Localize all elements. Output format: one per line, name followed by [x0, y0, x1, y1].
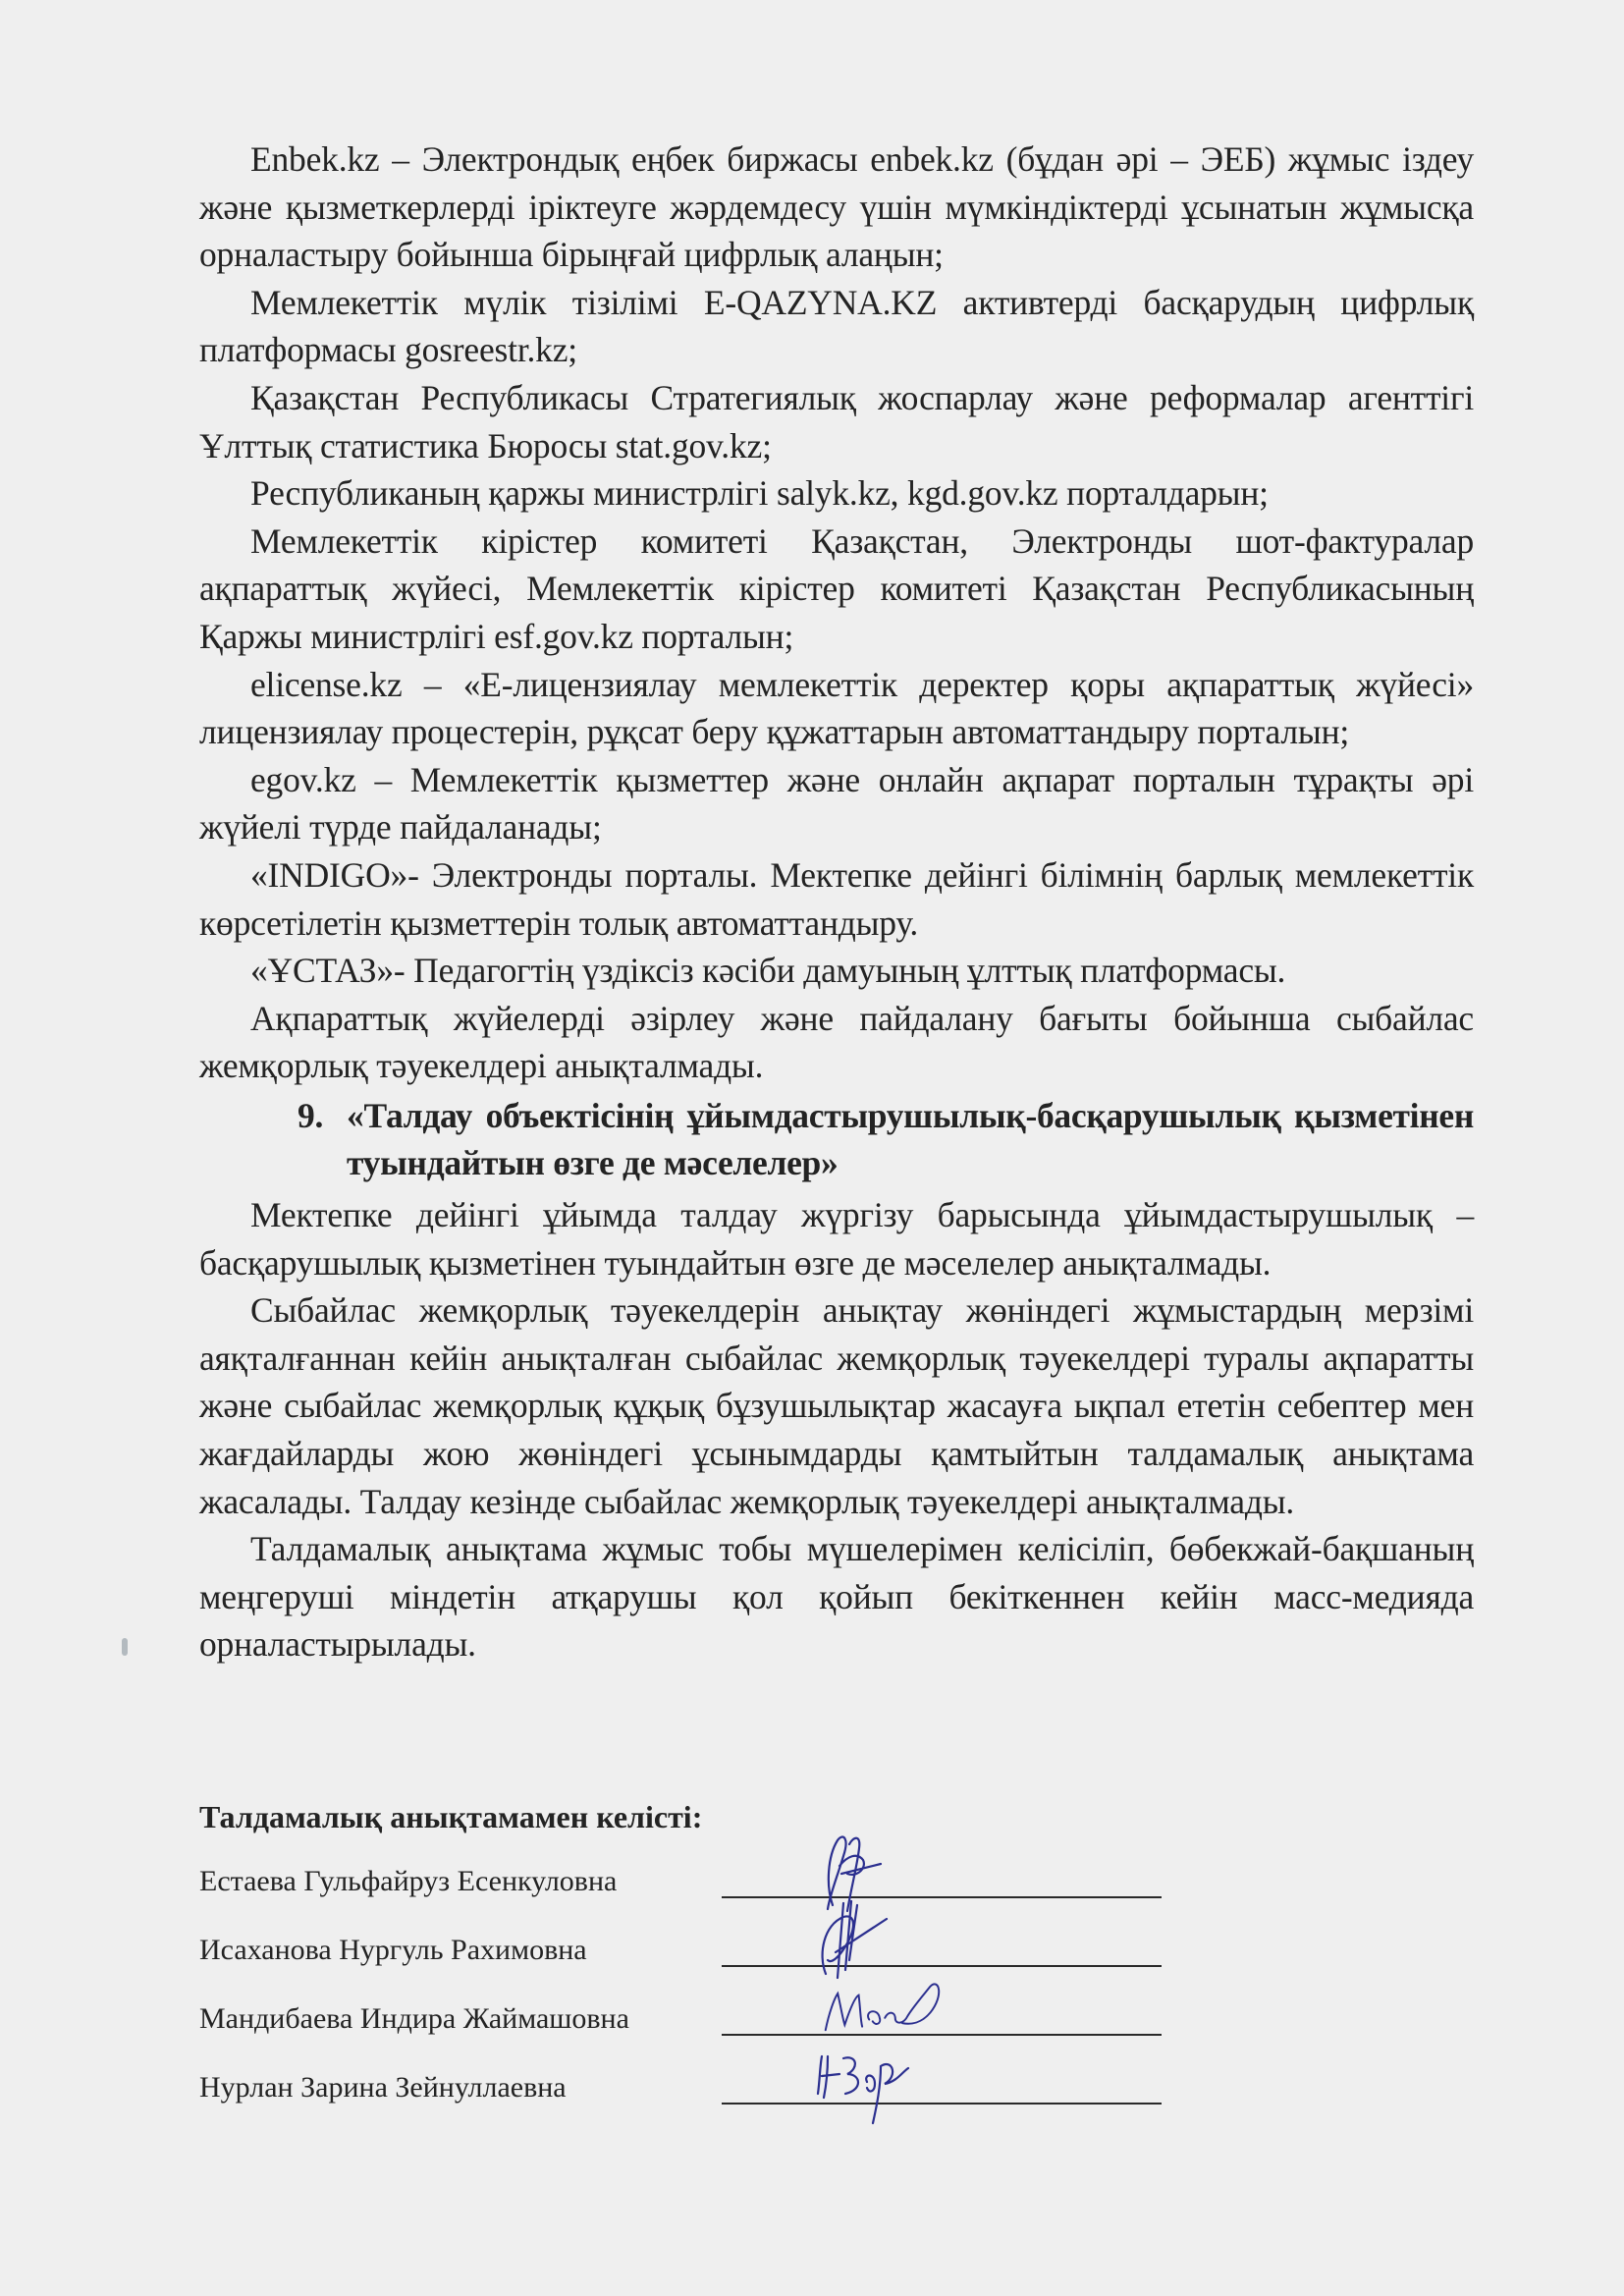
paragraph-salyk: Республиканың қаржы министрлігі salyk.kz… [199, 469, 1474, 518]
paragraph-analytical-note: Сыбайлас жемқорлық тәуекелдерін анықтау … [199, 1286, 1474, 1525]
signatory-name: Нурлан Зарина Зейнуллаевна [199, 2070, 567, 2105]
paragraph-e-qazyna: Мемлекеттік мүлік тізілімі E-QAZYNA.KZ а… [199, 279, 1474, 374]
signatory-row: Естаева Гульфайруз Есенкуловна [199, 1856, 1279, 1925]
signatory-name: Мандибаева Индира Жаймашовна [199, 2001, 629, 2037]
signatory-row: Мандибаева Индира Жаймашовна [199, 1994, 1279, 2062]
paragraph-other-issues: Мектепке дейінгі ұйымда талдау жүргізу б… [199, 1191, 1474, 1286]
paragraph-esf: Мемлекеттік кірістер комитеті Қазақстан,… [199, 518, 1474, 661]
paragraph-elicense: elicense.kz – «Е-лицензиялау мемлекеттік… [199, 661, 1474, 756]
signatory-row: Нурлан Зарина Зейнуллаевна [199, 2062, 1279, 2131]
paragraph-enbek: Enbek.kz – Электрондық еңбек биржасы enb… [199, 136, 1474, 279]
paragraph-indigo: «INDIGO»- Электронды порталы. Мектепке д… [199, 851, 1474, 947]
section-number: 9. [298, 1092, 323, 1140]
signatory-row: Исаханова Нургуль Рахимовна [199, 1925, 1279, 1994]
signoff-title: Талдамалық анықтамамен келісті: [199, 1797, 1279, 1836]
signoff-block: Талдамалық анықтамамен келісті: Естаева … [199, 1797, 1279, 2131]
document-body: Enbek.kz – Электрондық еңбек биржасы enb… [199, 136, 1474, 1668]
signature-scribble-icon [779, 2037, 936, 2125]
signatory-name: Исаханова Нургуль Рахимовна [199, 1933, 587, 1968]
paragraph-stat: Қазақстан Республикасы Стратегиялық жосп… [199, 374, 1474, 469]
scan-artifact [122, 1638, 128, 1656]
section-title: «Талдау объектісінің ұйымдастырушылық-ба… [347, 1096, 1474, 1183]
paragraph-is-risks: Ақпараттық жүйелерді әзірлеу және пайдал… [199, 995, 1474, 1090]
paragraph-egov: egov.kz – Мемлекеттік қызметтер және онл… [199, 756, 1474, 851]
section-heading: 9. «Талдау объектісінің ұйымдастырушылық… [199, 1092, 1474, 1187]
paragraph-publication: Талдамалық анықтама жұмыс тобы мүшелерім… [199, 1525, 1474, 1668]
signatory-name: Естаева Гульфайруз Есенкуловна [199, 1864, 617, 1899]
paragraph-ustaz: «ҰСТАЗ»- Педагогтің үздіксіз кәсіби даму… [199, 947, 1474, 995]
